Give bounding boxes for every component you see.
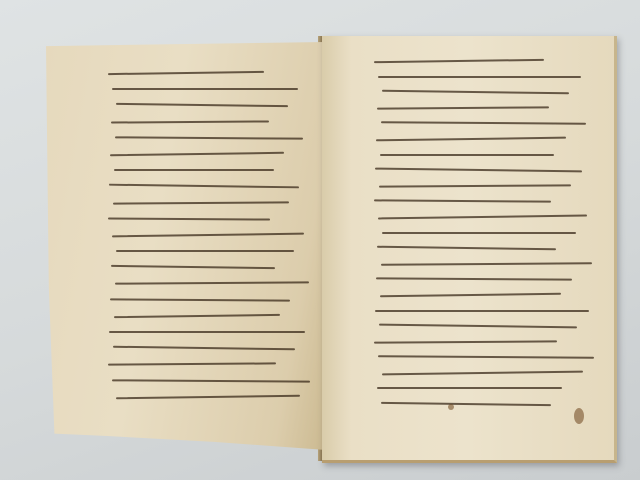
right-manuscript-page (322, 36, 617, 463)
handwritten-line (378, 214, 587, 219)
handwritten-line (111, 120, 269, 123)
handwritten-line (374, 59, 544, 63)
handwritten-line (109, 331, 305, 333)
ink-stain (448, 404, 454, 410)
handwritten-line (375, 168, 582, 173)
handwritten-line (112, 233, 304, 238)
handwritten-line (114, 169, 274, 171)
handwritten-line (382, 90, 569, 95)
handwritten-line (108, 217, 270, 220)
handwritten-line (112, 88, 298, 90)
handwritten-line (108, 363, 276, 366)
right-page-handwriting (374, 60, 592, 405)
handwritten-line (115, 282, 309, 285)
handwritten-line (380, 154, 554, 156)
handwritten-line (378, 76, 581, 78)
ink-stain (574, 408, 584, 424)
handwritten-line (379, 184, 571, 187)
handwritten-line (382, 232, 576, 234)
handwritten-line (382, 370, 583, 375)
handwritten-line (113, 201, 289, 204)
handwritten-line (114, 314, 280, 318)
handwritten-line (111, 265, 275, 269)
handwritten-line (381, 122, 586, 125)
left-manuscript-page (46, 42, 326, 450)
left-page-handwriting (108, 72, 308, 398)
handwritten-line (381, 262, 592, 265)
handwritten-line (108, 71, 264, 75)
handwritten-line (374, 340, 557, 343)
handwritten-line (377, 106, 549, 109)
handwritten-line (380, 293, 561, 298)
handwritten-line (110, 298, 290, 301)
handwritten-line (116, 103, 288, 107)
handwritten-line (110, 152, 284, 156)
handwritten-line (116, 250, 294, 252)
handwritten-line (377, 387, 562, 389)
handwritten-line (109, 184, 299, 189)
handwritten-line (113, 346, 295, 351)
handwritten-line (112, 379, 310, 382)
handwritten-line (374, 200, 551, 203)
handwritten-line (376, 278, 572, 281)
handwritten-line (381, 402, 551, 406)
handwritten-line (377, 246, 556, 250)
handwritten-line (375, 310, 589, 312)
handwritten-line (115, 136, 303, 139)
handwritten-line (379, 324, 577, 329)
handwritten-line (116, 394, 300, 399)
handwritten-line (376, 137, 566, 142)
handwritten-line (378, 356, 594, 360)
